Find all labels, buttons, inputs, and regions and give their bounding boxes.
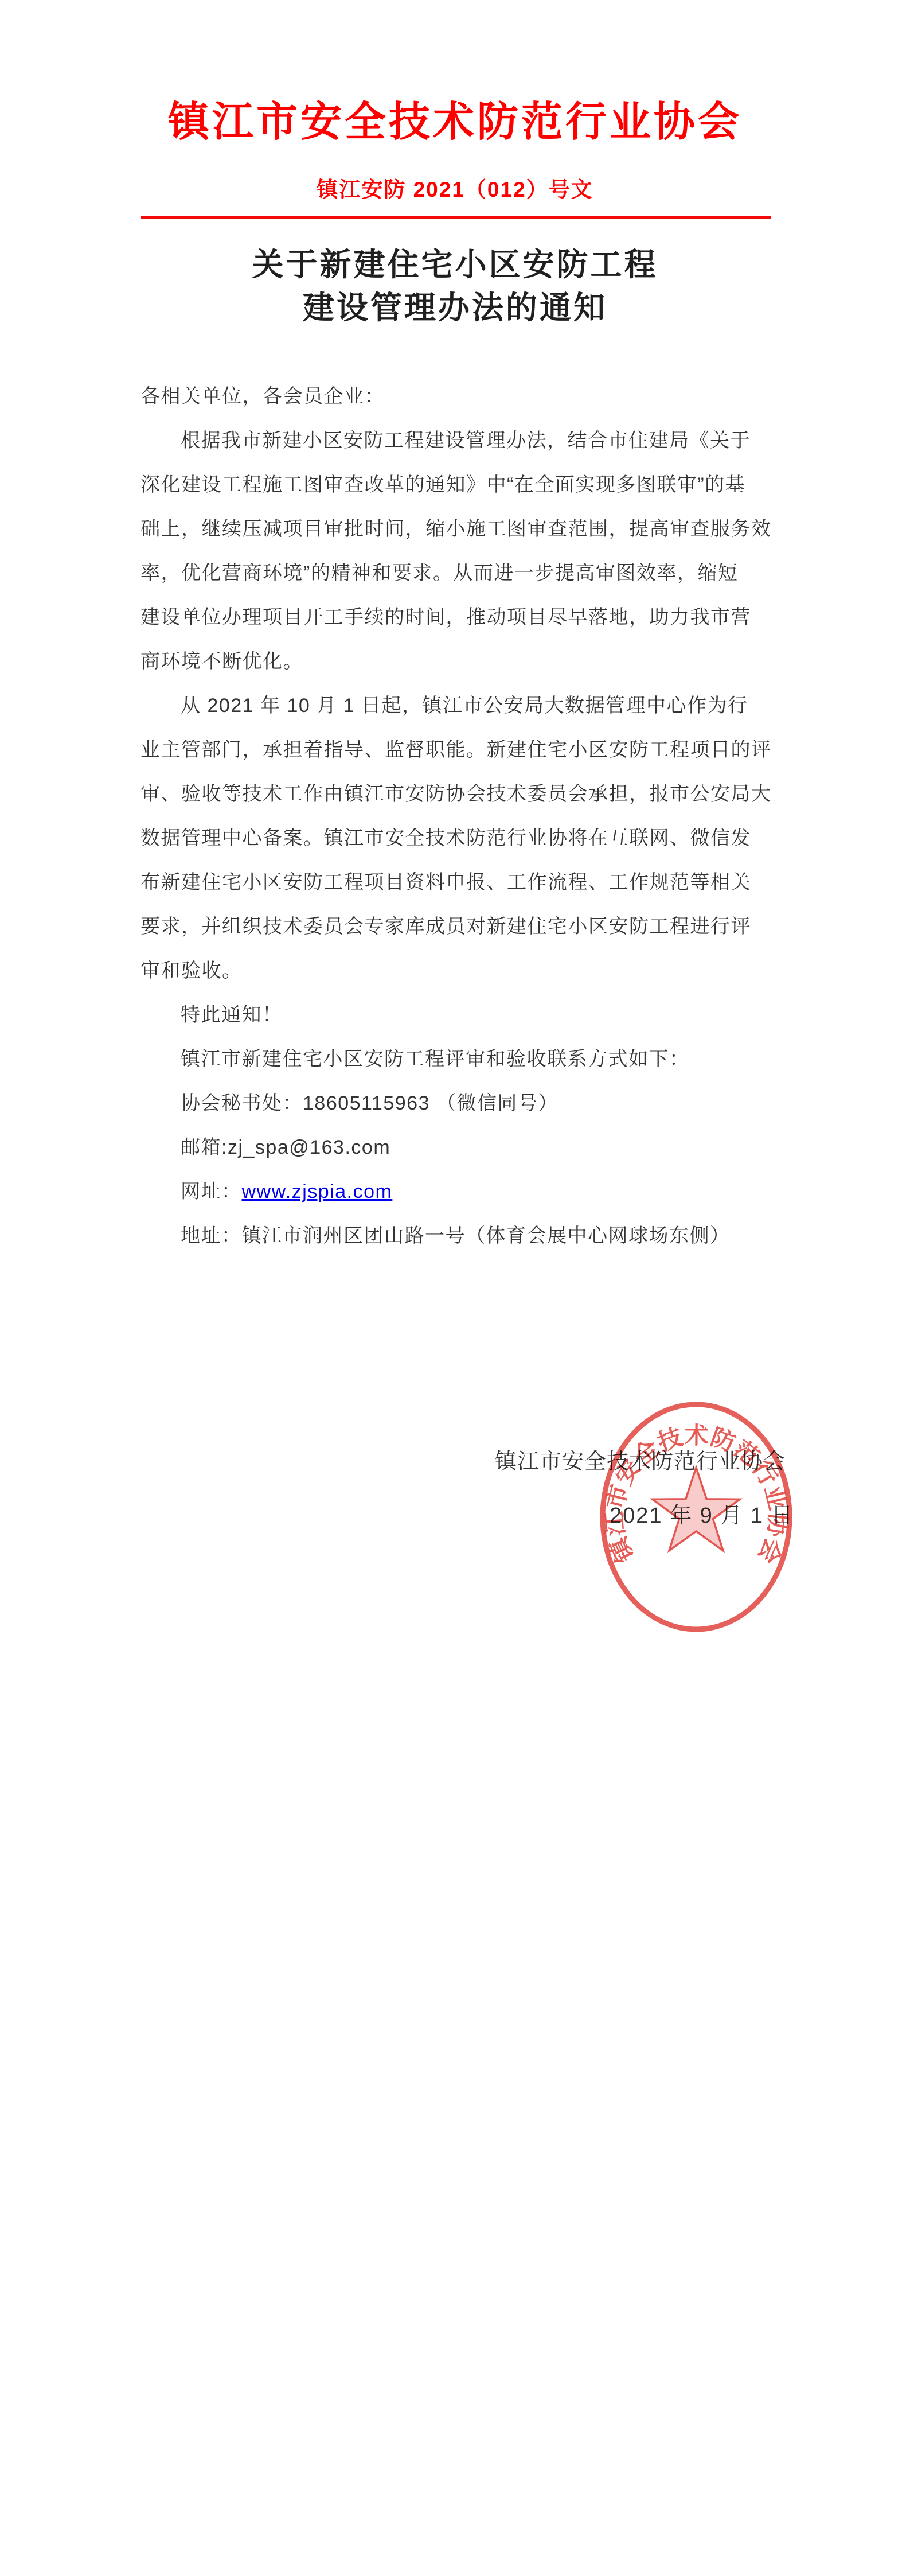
body-line: 数据管理中心备案。镇江市安全技术防范行业协将在互联网、微信发 — [140, 816, 778, 861]
closing-line: 特此通知！ — [140, 993, 778, 1037]
salutation-line: 各相关单位，各会员企业： — [140, 375, 778, 419]
notice-body: 各相关单位，各会员企业： 根据我市新建小区安防工程建设管理办法，结合市住建局《关… — [140, 375, 778, 1258]
document-number: 镇江安防 2021（012）号文 — [0, 172, 910, 203]
contact-phone-line: 协会秘书处：18605115963 （微信同号） — [140, 1081, 778, 1126]
official-seal: 镇江市安全技术防范行业协会 — [595, 1399, 797, 1635]
body-line: 建设单位办理项目开工手续的时间，推动项目尽早落地，助力我市营 — [140, 596, 778, 640]
notice-title-line2: 建设管理办法的通知 — [0, 286, 910, 329]
body-line: 从 2021 年 10 月 1 日起，镇江市公安局大数据管理中心作为行 — [140, 684, 778, 728]
body-line: 商环境不断优化。 — [140, 640, 778, 684]
body-line: 要求，并组织技术委员会专家库成员对新建住宅小区安防工程进行评 — [140, 905, 778, 949]
notice-title-line1: 关于新建住宅小区安防工程 — [0, 243, 910, 286]
body-line: 审和验收。 — [140, 949, 778, 993]
website-link[interactable]: www.zjspia.com — [242, 1181, 393, 1203]
contact-website-line: 网址：www.zjspia.com — [140, 1170, 778, 1214]
body-line: 根据我市新建小区安防工程建设管理办法，结合市住建局《关于 — [140, 419, 778, 463]
notice-document: 镇江市安全技术防范行业协会 镇江安防 2021（012）号文 关于新建住宅小区安… — [0, 0, 910, 2576]
contact-email-line: 邮箱:zj_spa@163.com — [140, 1126, 778, 1170]
body-line: 础上，继续压减项目审批时间，缩小施工图审查范围，提高审查服务效 — [140, 507, 778, 551]
seal-star-icon — [653, 1468, 740, 1551]
body-line: 布新建住宅小区安防工程项目资料申报、工作流程、工作规范等相关 — [140, 861, 778, 905]
notice-title: 关于新建住宅小区安防工程 建设管理办法的通知 — [0, 243, 910, 329]
body-line: 业主管部门，承担着指导、监督职能。新建住宅小区安防工程项目的评 — [140, 728, 778, 772]
website-label: 网址： — [181, 1181, 242, 1203]
body-line: 审、验收等技术工作由镇江市安防协会技术委员会承担，报市公安局大 — [140, 772, 778, 816]
body-line: 深化建设工程施工图审查改革的通知》中“在全面实现多图联审”的基 — [140, 463, 778, 507]
contact-address-line: 地址：镇江市润州区团山路一号（体育会展中心网球场东侧） — [140, 1214, 778, 1258]
body-line: 率，优化营商环境”的精神和要求。从而进一步提高审图效率，缩短 — [140, 551, 778, 596]
letterhead-org-title: 镇江市安全技术防范行业协会 — [0, 100, 910, 145]
contact-intro-line: 镇江市新建住宅小区安防工程评审和验收联系方式如下： — [140, 1037, 778, 1081]
red-divider-line — [141, 216, 771, 219]
